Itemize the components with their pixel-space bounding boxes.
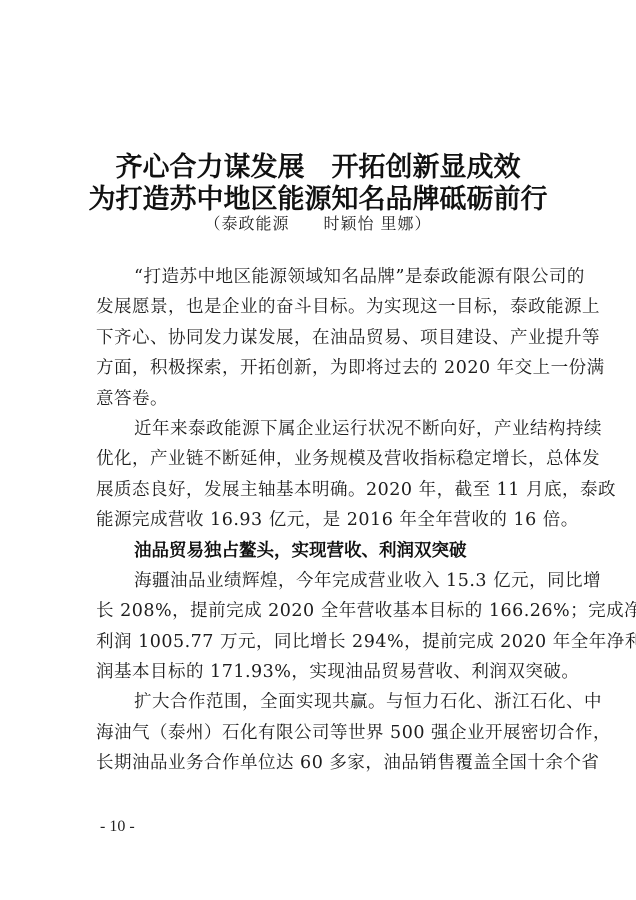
page-number: - 10 - xyxy=(100,818,135,836)
paragraph-line: 发展愿景，也是企业的奋斗目标。为实现这一目标，泰政能源上 xyxy=(96,292,558,322)
paragraph-line: 方面，积极探索，开拓创新，为即将过去的 2020 年交上一份满 xyxy=(96,353,558,383)
paragraph-line: 近年来泰政能源下属企业运行状况不断向好，产业结构持续 xyxy=(96,414,558,444)
paragraph-line: 下齐心、协同发力谋发展，在油品贸易、项目建设、产业提升等 xyxy=(96,323,558,353)
paragraph-line: 长 208%，提前完成 2020 全年营收基本目标的 166.26%；完成净 xyxy=(96,596,558,626)
article-body: “打造苏中地区能源领域知名品牌”是泰政能源有限公司的 发展愿景，也是企业的奋斗目… xyxy=(96,262,558,779)
paragraph-line: 展质态良好，发展主轴基本明确。2020 年，截至 11 月底，泰政 xyxy=(96,475,558,505)
paragraph-line: 利润 1005.77 万元，同比增长 294%，提前完成 2020 年全年净利 xyxy=(96,627,558,657)
paragraph-line: 扩大合作范围，全面实现共赢。与恒力石化、浙江石化、中 xyxy=(96,687,558,717)
paragraph-line: 意答卷。 xyxy=(96,384,558,414)
document-page: 齐心合力谋发展 开拓创新显成效 为打造苏中地区能源知名品牌砥砺前行 （泰政能源 … xyxy=(0,0,636,900)
paragraph-line: 优化，产业链不断延伸，业务规模及营收指标稳定增长，总体发 xyxy=(96,444,558,474)
article-byline: （泰政能源 时颖怡 里娜） xyxy=(0,211,636,234)
paragraph-line: “打造苏中地区能源领域知名品牌”是泰政能源有限公司的 xyxy=(96,262,558,292)
paragraph-line: 海油气（泰州）石化有限公司等世界 500 强企业开展密切合作， xyxy=(96,718,558,748)
section-heading: 油品贸易独占鳌头，实现营收、利润双突破 xyxy=(96,536,558,566)
paragraph-line: 海疆油品业绩辉煌，今年完成营业收入 15.3 亿元，同比增 xyxy=(96,566,558,596)
paragraph-line: 长期油品业务合作单位达 60 多家，油品销售覆盖全国十余个省 xyxy=(96,748,558,778)
paragraph-line: 润基本目标的 171.93%，实现油品贸易营收、利润双突破。 xyxy=(96,657,558,687)
paragraph-line: 能源完成营收 16.93 亿元，是 2016 年全年营收的 16 倍。 xyxy=(96,505,558,535)
